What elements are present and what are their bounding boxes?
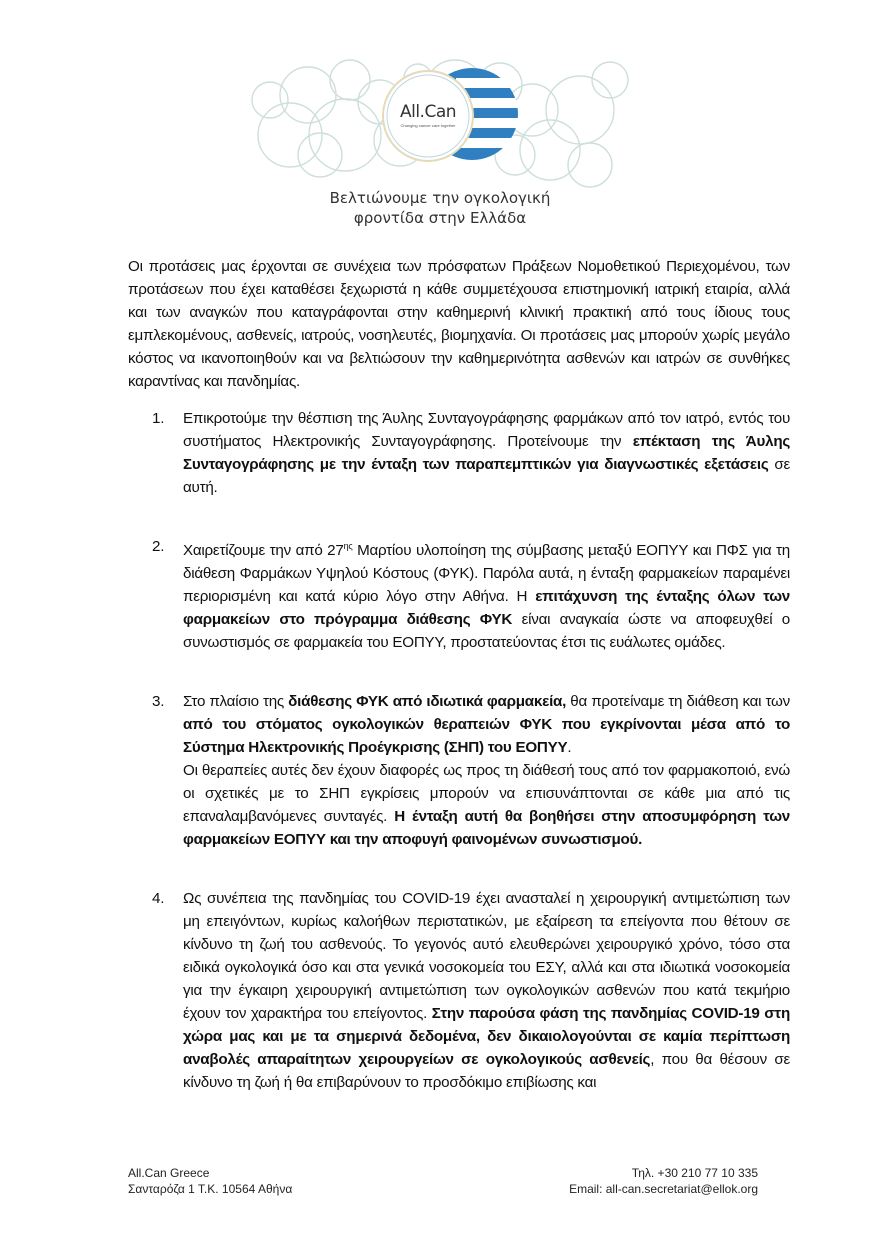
footer-address: Σανταρόζα 1 Τ.Κ. 10564 Αθήνα [128,1181,292,1197]
bold-text: διάθεσης ΦΥΚ από ιδιωτικά φαρμακεία, [288,693,566,710]
footer-right: Τηλ. +30 210 77 10 335 Email: all-can.se… [569,1165,758,1197]
logo-subtext: Changing cancer care together [388,123,468,128]
list-item-number: 3. [152,690,164,713]
proposals-list: 1.Επικροτούμε την θέσπιση της Άυλης Συντ… [128,407,790,1094]
footer-left: All.Can Greece Σανταρόζα 1 Τ.Κ. 10564 Αθ… [128,1165,292,1197]
text-segment: θα προτείναμε τη διάθεση και των [566,693,790,710]
text-segment: Στο πλαίσιο της [183,693,288,710]
footer-email: Email: all-can.secretariat@ellok.org [569,1181,758,1197]
document-body: Οι προτάσεις μας έρχονται σε συνέχεια τω… [128,255,790,1130]
list-item-number: 1. [152,407,164,430]
bold-text: από του στόματος ογκολογικών θεραπειών Φ… [183,716,790,756]
list-item-number: 4. [152,887,164,910]
logo-wordmark: All.Can [388,102,468,122]
footer-phone: Τηλ. +30 210 77 10 335 [569,1165,758,1181]
text-segment: Χαιρετίζουμε την από 27 [183,542,344,559]
list-item-number: 2. [152,535,164,558]
list-item: 2.Χαιρετίζουμε την από 27ης Μαρτίου υλοπ… [128,535,790,654]
list-item: 4.Ως συνέπεια της πανδημίας του COVID-19… [128,887,790,1094]
tagline-line-2: φροντίδα στην Ελλάδα [250,208,630,228]
tagline: Βελτιώνουμε την ογκολογική φροντίδα στην… [250,188,630,228]
text-segment: . [567,739,571,756]
footer-org: All.Can Greece [128,1165,292,1181]
text-segment: Ως συνέπεια της πανδημίας του COVID-19 έ… [183,890,790,1022]
tagline-line-1: Βελτιώνουμε την ογκολογική [250,188,630,208]
intro-paragraph: Οι προτάσεις μας έρχονται σε συνέχεια τω… [128,255,790,393]
list-item: 1.Επικροτούμε την θέσπιση της Άυλης Συντ… [128,407,790,499]
list-item: 3.Στο πλαίσιο της διάθεσης ΦΥΚ από ιδιωτ… [128,690,790,851]
